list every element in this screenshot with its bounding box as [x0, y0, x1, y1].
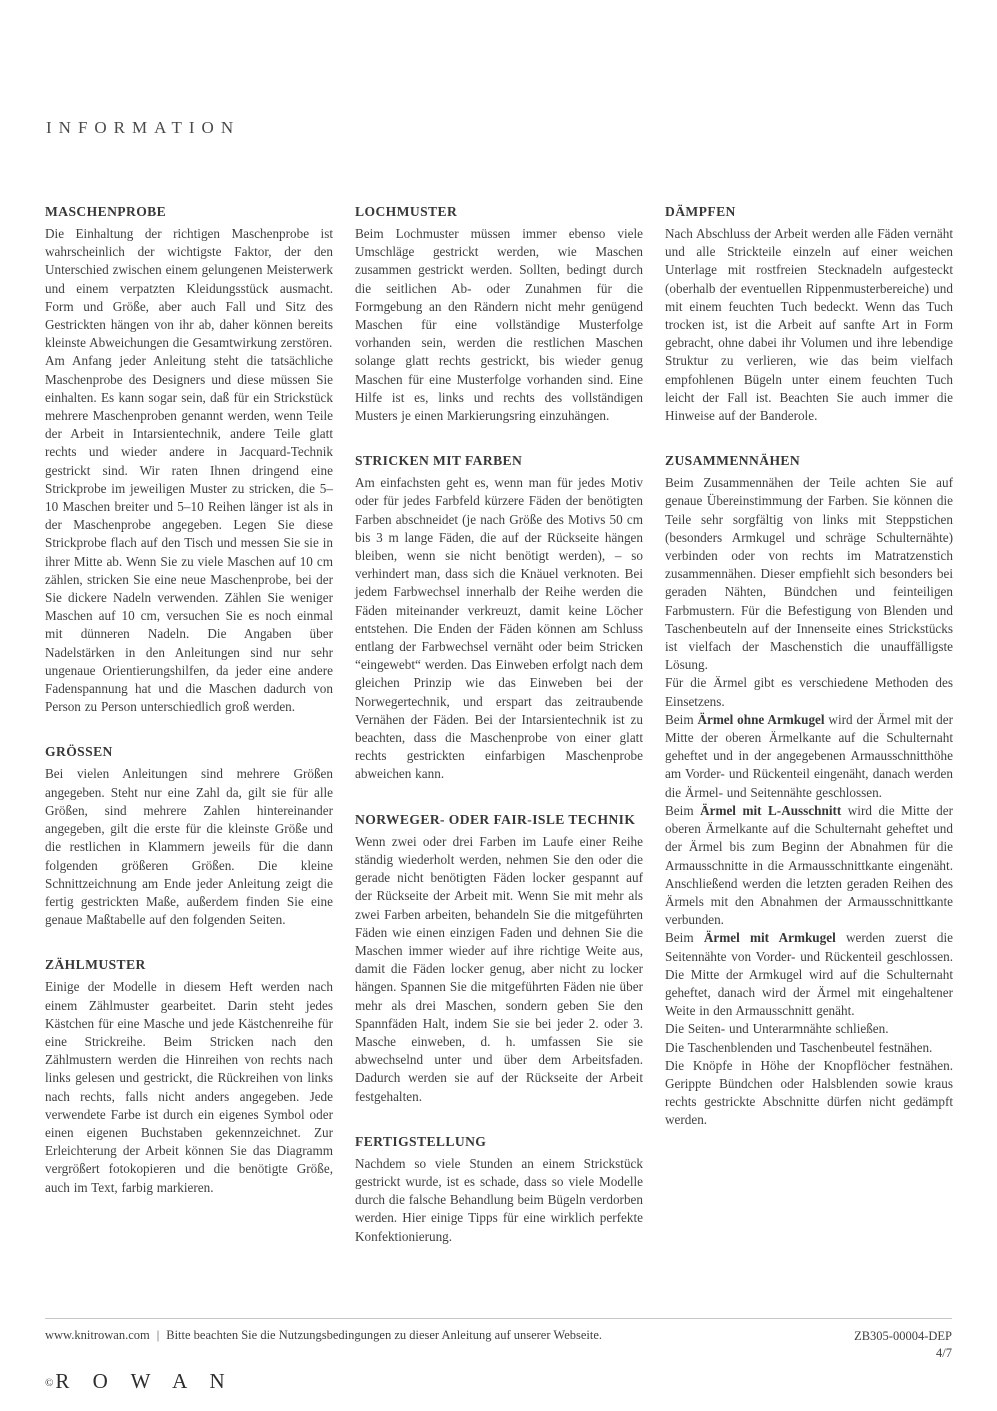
text-run: Für die Ärmel gibt es verschiedene Metho…	[665, 675, 953, 708]
paragraph: Nach Abschluss der Arbeit werden alle Fä…	[665, 225, 953, 425]
section-fertigstellung: FERTIGSTELLUNGNachdem so viele Stunden a…	[355, 1133, 643, 1246]
section-maschenprobe: MASCHENPROBEDie Einhaltung der richtigen…	[45, 203, 333, 716]
paragraph: Nachdem so viele Stunden an einem Strick…	[355, 1155, 643, 1246]
text-run: wird die Mitte der oberen Ärmelkante auf…	[665, 803, 953, 927]
section-lochmuster: LOCHMUSTERBeim Lochmuster müssen immer e…	[355, 203, 643, 425]
paragraph: Beim Ärmel mit L-Ausschnitt wird die Mit…	[665, 802, 953, 929]
text-run: Am einfachsten geht es, wenn man für jed…	[355, 475, 643, 781]
text-run: Bei vielen Anleitungen sind mehrere Größ…	[45, 766, 333, 927]
paragraph: Bei vielen Anleitungen sind mehrere Größ…	[45, 765, 333, 929]
page-number: 4/7	[854, 1345, 952, 1362]
paragraph: Für die Ärmel gibt es verschiedene Metho…	[665, 674, 953, 710]
text-run: Nachdem so viele Stunden an einem Strick…	[355, 1156, 643, 1244]
paragraph: Wenn zwei oder drei Farben im Laufe eine…	[355, 833, 643, 1106]
rowan-logo: ©R O W A N	[45, 1369, 952, 1394]
footer-notice: Bitte beachten Sie die Nutzungsbedingung…	[166, 1328, 602, 1342]
section-heading-zusammenn-hen: ZUSAMMENNÄHEN	[665, 452, 953, 470]
text-run: Die Seiten- und Unterarmnähte schließen.	[665, 1021, 889, 1036]
text-run: Beim Zusammennähen der Teile achten Sie …	[665, 475, 953, 672]
section-heading-maschenprobe: MASCHENPROBE	[45, 203, 333, 221]
text-run: Am Anfang jeder Anleitung steht die tats…	[45, 353, 333, 714]
footer-separator: |	[157, 1328, 160, 1342]
brand-name: R O W A N	[55, 1369, 233, 1394]
document-page: INFORMATION MASCHENPROBEDie Einhaltung d…	[0, 0, 997, 1411]
bold-term: Ärmel mit L-Ausschnitt	[700, 803, 841, 818]
paragraph: Die Taschenblenden und Taschenbeutel fes…	[665, 1039, 953, 1057]
paragraph: Beim Zusammennähen der Teile achten Sie …	[665, 474, 953, 674]
copyright-icon: ©	[45, 1377, 53, 1389]
page-title: INFORMATION	[46, 118, 240, 138]
text-run: Beim	[665, 712, 697, 727]
text-run: Die Einhaltung der richtigen Maschenprob…	[45, 226, 333, 350]
section-heading-lochmuster: LOCHMUSTER	[355, 203, 643, 221]
text-run: Nach Abschluss der Arbeit werden alle Fä…	[665, 226, 953, 423]
section-zusammenn-hen: ZUSAMMENNÄHENBeim Zusammennähen der Teil…	[665, 452, 953, 1129]
paragraph: Beim Ärmel mit Armkugel werden zuerst di…	[665, 929, 953, 1020]
footer-left: www.knitrowan.com|Bitte beachten Sie die…	[45, 1328, 602, 1343]
section-stricken-mit-farben: STRICKEN MIT FARBENAm einfachsten geht e…	[355, 452, 643, 783]
website-link[interactable]: www.knitrowan.com	[45, 1328, 150, 1342]
paragraph: Einige der Modelle in diesem Heft werden…	[45, 978, 333, 1196]
bold-term: Ärmel mit Armkugel	[704, 930, 836, 945]
section-z-hlmuster: ZÄHLMUSTEREinige der Modelle in diesem H…	[45, 956, 333, 1196]
paragraph: Beim Ärmel ohne Armkugel wird der Ärmel …	[665, 711, 953, 802]
paragraph: Am einfachsten geht es, wenn man für jed…	[355, 474, 643, 783]
text-columns: MASCHENPROBEDie Einhaltung der richtigen…	[45, 203, 952, 1246]
footer-right: ZB305-00004-DEP 4/7	[854, 1328, 952, 1362]
text-run: Beim Lochmuster müssen immer ebenso viel…	[355, 226, 643, 423]
column-3: DÄMPFENNach Abschluss der Arbeit werden …	[665, 203, 953, 1246]
column-1: MASCHENPROBEDie Einhaltung der richtigen…	[45, 203, 333, 1246]
paragraph: Die Knöpfe in Höhe der Knopflöcher festn…	[665, 1057, 953, 1130]
paragraph: Die Einhaltung der richtigen Maschenprob…	[45, 225, 333, 352]
section-gr-ssen: GRÖSSENBei vielen Anleitungen sind mehre…	[45, 743, 333, 929]
text-run: Beim	[665, 803, 700, 818]
paragraph: Die Seiten- und Unterarmnähte schließen.	[665, 1020, 953, 1038]
page-footer: www.knitrowan.com|Bitte beachten Sie die…	[45, 1318, 952, 1394]
bold-term: Ärmel ohne Armkugel	[697, 712, 824, 727]
section-heading-z-hlmuster: ZÄHLMUSTER	[45, 956, 333, 974]
document-code: ZB305-00004-DEP	[854, 1328, 952, 1345]
text-run: Die Knöpfe in Höhe der Knopflöcher festn…	[665, 1058, 953, 1128]
paragraph: Am Anfang jeder Anleitung steht die tats…	[45, 352, 333, 716]
text-run: Beim	[665, 930, 704, 945]
paragraph: Beim Lochmuster müssen immer ebenso viel…	[355, 225, 643, 425]
column-2: LOCHMUSTERBeim Lochmuster müssen immer e…	[355, 203, 643, 1246]
section-heading-stricken-mit-farben: STRICKEN MIT FARBEN	[355, 452, 643, 470]
text-run: Die Taschenblenden und Taschenbeutel fes…	[665, 1040, 932, 1055]
text-run: Wenn zwei oder drei Farben im Laufe eine…	[355, 834, 643, 1104]
section-heading-gr-ssen: GRÖSSEN	[45, 743, 333, 761]
section-heading-fertigstellung: FERTIGSTELLUNG	[355, 1133, 643, 1151]
section-norweger-oder-fair-isle-technik: NORWEGER- ODER FAIR-ISLE TECHNIKWenn zwe…	[355, 811, 643, 1106]
text-run: Einige der Modelle in diesem Heft werden…	[45, 979, 333, 1194]
section-heading-norweger-oder-fair-isle-technik: NORWEGER- ODER FAIR-ISLE TECHNIK	[355, 811, 643, 829]
section-d-mpfen: DÄMPFENNach Abschluss der Arbeit werden …	[665, 203, 953, 425]
section-heading-d-mpfen: DÄMPFEN	[665, 203, 953, 221]
footer-row: www.knitrowan.com|Bitte beachten Sie die…	[45, 1328, 952, 1362]
